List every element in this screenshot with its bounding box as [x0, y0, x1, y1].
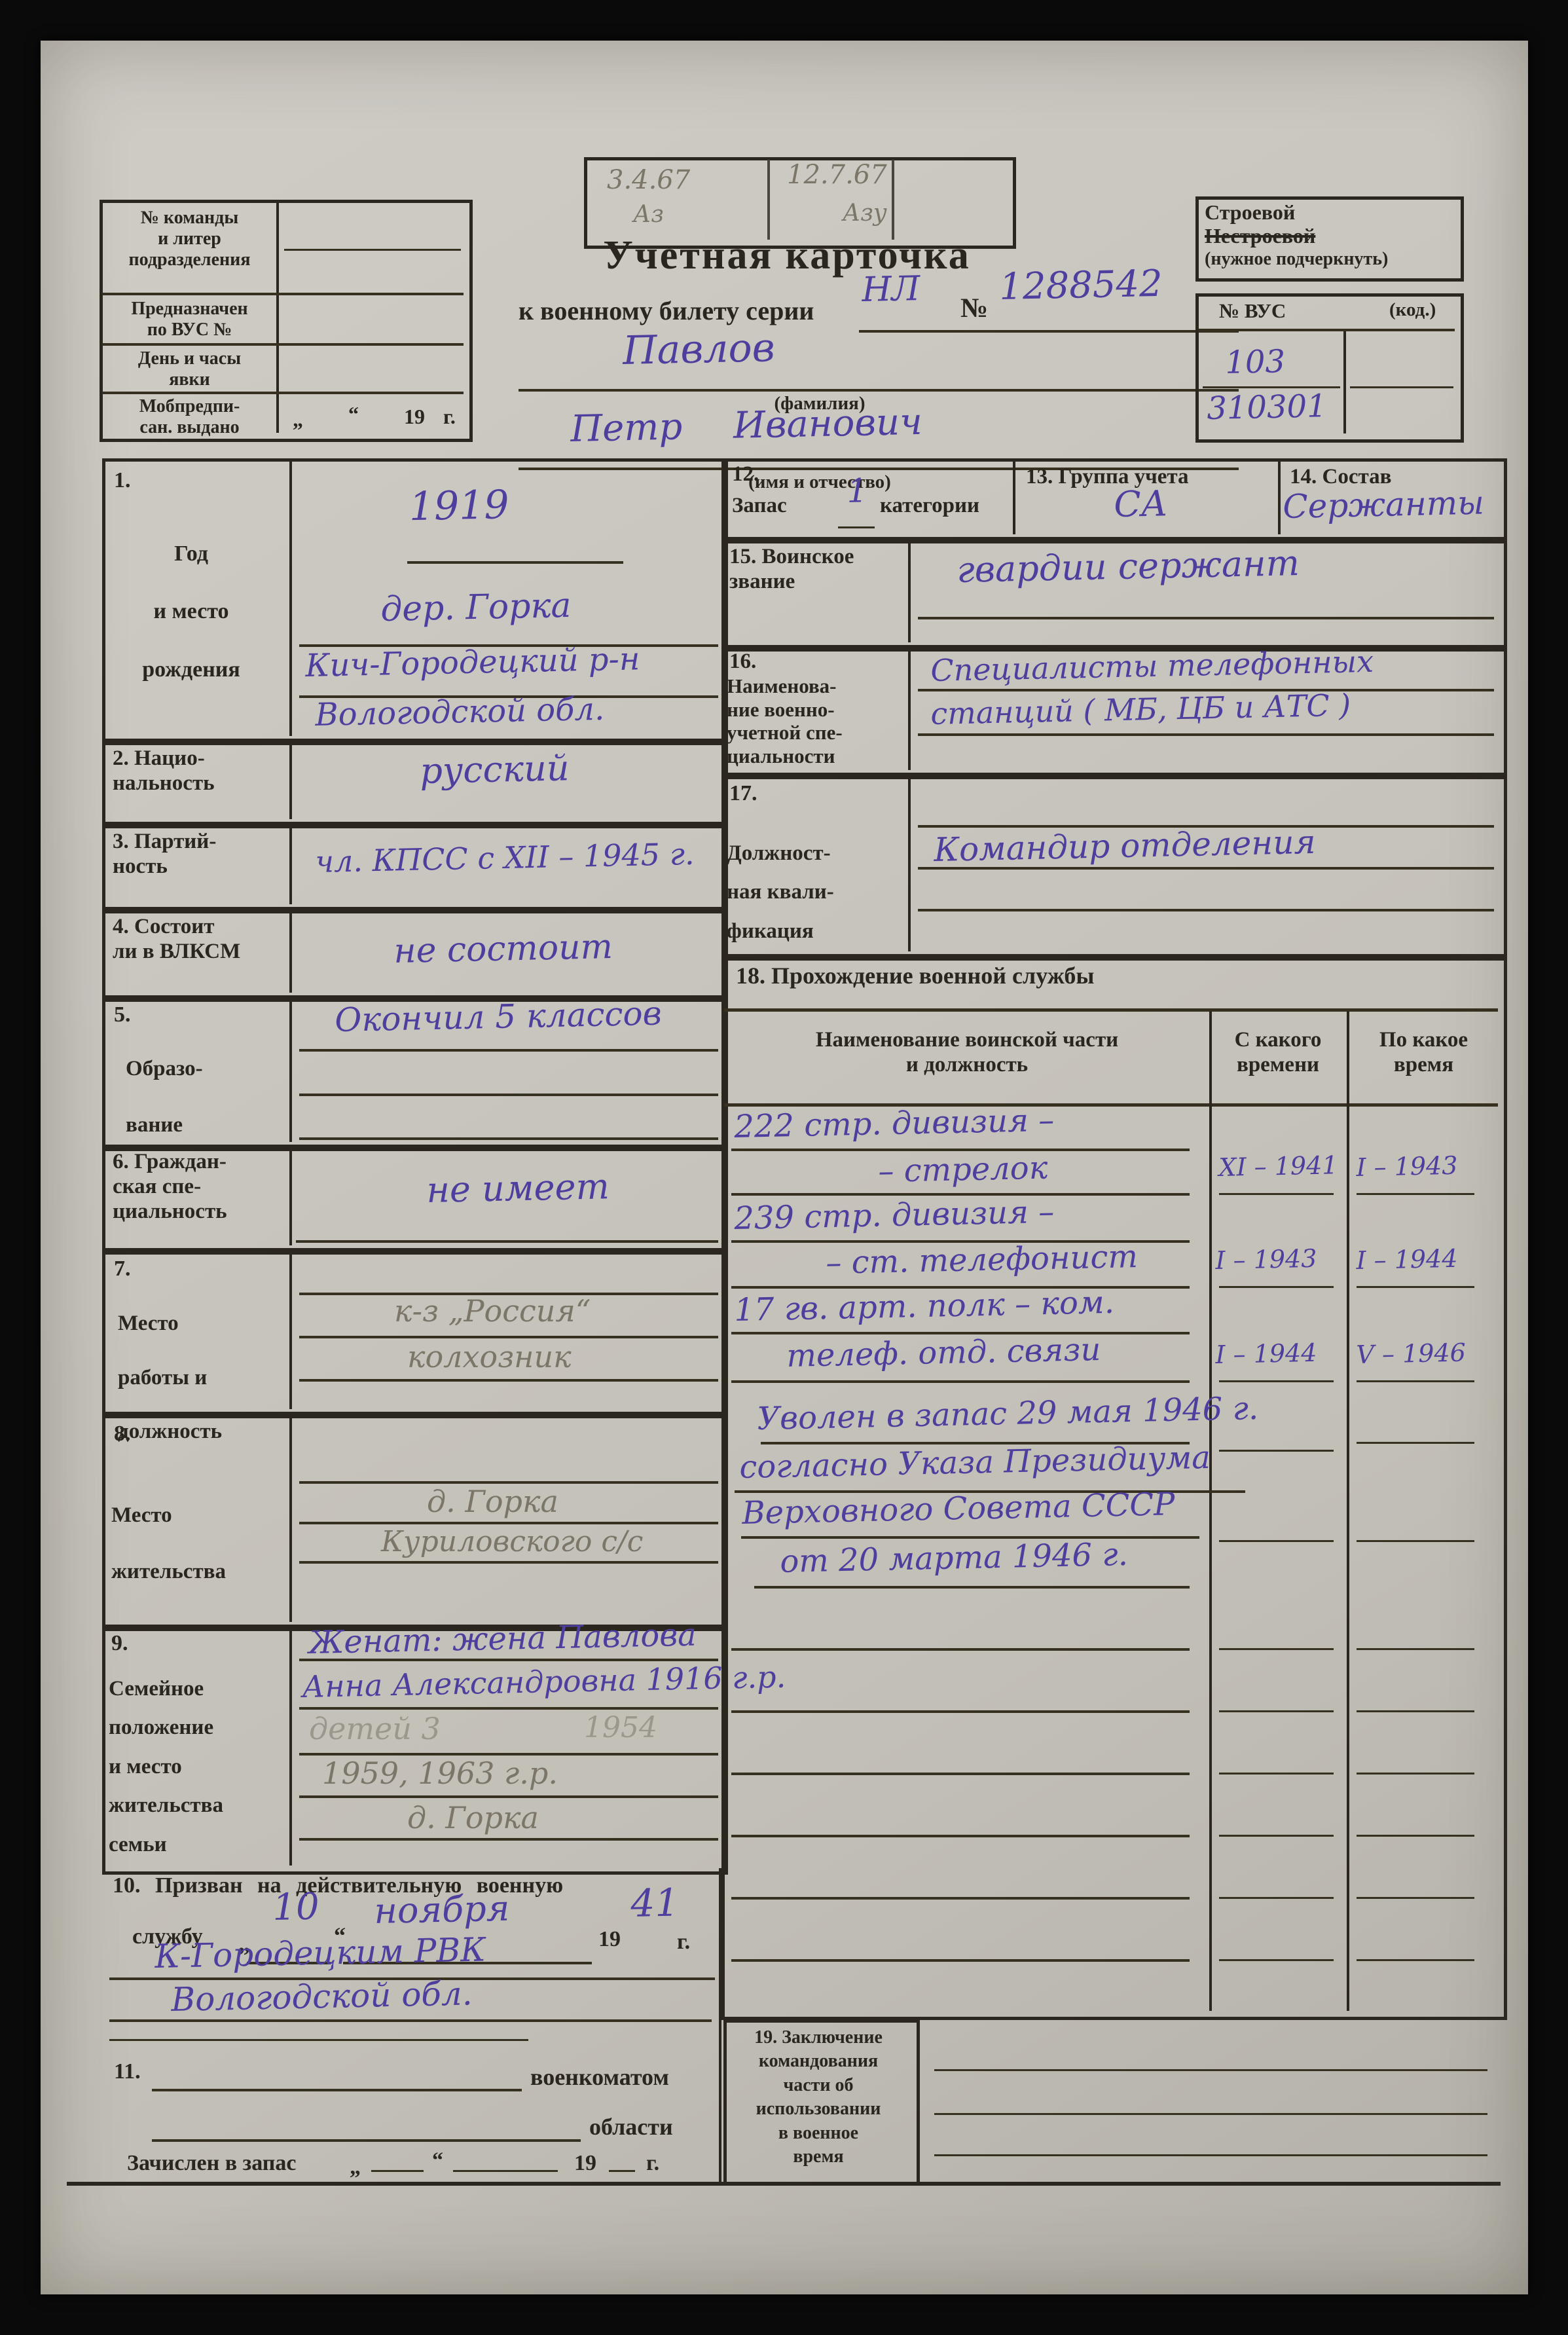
vus-code-header: (код.) [1389, 299, 1436, 321]
service-to: V – 1946 [1356, 1339, 1466, 1370]
komsomol-handwritten: не состоит [393, 928, 613, 972]
year-prefix: 19 [574, 2150, 596, 2176]
write-line [296, 1240, 718, 1243]
section-9-number: 9. [111, 1630, 128, 1656]
call-up-year-handwritten: 41 [630, 1881, 680, 1925]
label-team-number: № команды и литер подразделения [106, 208, 273, 271]
table-column-divider [1209, 1011, 1212, 2011]
write-line [731, 1648, 1190, 1651]
write-line [109, 2039, 528, 2041]
reserve-category-pre: Запас [732, 494, 787, 519]
write-line [1357, 1959, 1474, 1961]
column-header-to: По какое время [1350, 1028, 1497, 1078]
surname-handwritten: Павлов [623, 325, 776, 374]
military-commissariat-handwritten: К-Городецким РВК [155, 1931, 486, 1976]
section-11-word2: области [589, 2114, 673, 2141]
section-11-word1: военкоматом [530, 2064, 669, 2091]
write-line [1219, 1450, 1334, 1452]
pencil-box-divider [892, 160, 894, 240]
write-line [609, 2170, 635, 2172]
write-line [731, 1710, 1190, 1713]
write-line [731, 1773, 1190, 1775]
service-unit: 222 стр. дивизия – [734, 1103, 1055, 1145]
write-line [918, 733, 1494, 736]
vus-code-value-handwritten: 310301 [1207, 388, 1327, 427]
write-line [934, 2069, 1487, 2071]
section-8-number: 8. [114, 1421, 131, 1446]
quote-open: „ [350, 2154, 361, 2180]
label-vus-purpose: Предназначен по ВУС № [106, 299, 273, 340]
section-16-number: 16. [729, 650, 756, 674]
section-4-label: 4. Состоит ли в ВЛКСМ [113, 915, 289, 965]
row-divider [102, 343, 464, 346]
service-position: – ст. телефонист [826, 1239, 1139, 1281]
service-position: телеф. отд. связи [786, 1332, 1101, 1374]
section-divider [908, 540, 911, 642]
section-divider [1278, 461, 1281, 534]
pencil-box-divider [767, 160, 770, 240]
write-line [299, 1137, 718, 1140]
write-line [1357, 1380, 1474, 1382]
service-to: I – 1943 [1356, 1152, 1458, 1183]
status-stroevoi: Строевой [1205, 200, 1295, 225]
section-8-label: Место жительства [111, 1488, 275, 1600]
write-line [918, 867, 1494, 870]
section-divider [289, 910, 292, 993]
write-line [731, 1959, 1190, 1962]
birth-region-handwritten: Вологодской обл. [315, 691, 605, 733]
section-divider [289, 1251, 292, 1409]
year-suffix: г. [443, 405, 456, 429]
section-6-label: 6. Граждан- ская спе- циальность [113, 1150, 289, 1224]
residence-village-handwritten: д. Горка [427, 1484, 558, 1519]
write-line [299, 1379, 718, 1382]
reserve-category-post: категории [880, 494, 979, 519]
composition-handwritten: Сержанты [1283, 485, 1485, 526]
pencil-date-note: 12.7.67 [787, 160, 887, 190]
call-up-day-handwritten: 10 [272, 1886, 320, 1930]
write-line [1219, 1773, 1334, 1774]
write-line [299, 1049, 718, 1052]
section-1-number: 1. [114, 468, 131, 493]
section-7-number: 7. [114, 1256, 131, 1281]
year-suffix: г. [646, 2150, 659, 2176]
status-nestroevoi: Нестроевой [1205, 224, 1315, 248]
pencil-date-note: 3.4.67 [607, 165, 690, 195]
service-position: – стрелок [878, 1150, 1048, 1190]
workplace-handwritten: к-з „Россия“ [394, 1294, 591, 1329]
section-19-label: 19. Заключение командования части об исп… [727, 2026, 910, 2169]
write-line [1219, 1710, 1334, 1712]
write-line [1357, 1835, 1474, 1837]
pencil-initials-note: Азу [843, 200, 887, 227]
section-divider [289, 1147, 292, 1245]
write-line [299, 1795, 718, 1798]
write-line [1357, 1710, 1474, 1712]
write-line [731, 1897, 1190, 1900]
row-divider [102, 293, 464, 295]
write-line [1219, 1380, 1334, 1382]
education-handwritten: Окончил 5 классов [335, 995, 662, 1040]
section-17-label: Должност- ная квали- фикация [727, 834, 903, 951]
section-17-number: 17. [729, 781, 757, 806]
quote-open: „ [293, 407, 303, 432]
occupation-handwritten: колхозник [407, 1340, 572, 1374]
table-header-top [724, 1008, 1498, 1012]
row-divider [102, 392, 464, 394]
write-line [754, 1586, 1190, 1589]
mobilization-box-divider [276, 202, 279, 433]
commissariat-region-handwritten: Вологодской обл. [171, 1975, 473, 2019]
write-line [453, 2170, 558, 2172]
section-divider [289, 741, 292, 819]
write-line [1357, 1773, 1474, 1774]
table-column-divider [1347, 1011, 1349, 2011]
registration-card: 3.4.67 Аз 12.7.67 Азу Учетная карточка к… [41, 41, 1528, 2294]
write-line [1350, 386, 1453, 388]
section-2-label: 2. Нацио- нальность [113, 746, 283, 796]
write-line [1219, 1648, 1334, 1650]
write-line [299, 1707, 718, 1710]
service-from: I – 1944 [1215, 1339, 1317, 1370]
call-up-month-handwritten: ноября [374, 1888, 510, 1932]
series-handwritten: НЛ [862, 270, 921, 310]
quote-close: “ [432, 2148, 443, 2173]
section-3-label: 3. Партий- ность [113, 830, 283, 879]
section-divider [908, 775, 911, 951]
write-line [299, 1838, 718, 1841]
write-line [934, 2154, 1487, 2156]
children-years-handwritten: 1959, 1963 г.р. [322, 1756, 558, 1791]
write-line [918, 617, 1494, 619]
birth-year-handwritten: 1919 [354, 481, 564, 531]
section-16-label: Наименова- ние военно- учетной спе- циал… [727, 674, 903, 768]
children-year-handwritten: 1954 [584, 1712, 657, 1745]
record-group-handwritten: СА [1114, 483, 1169, 525]
write-line [407, 561, 623, 564]
residence-council-handwritten: Куриловского с/с [381, 1526, 643, 1559]
write-line [1219, 1835, 1334, 1837]
section-divider [289, 998, 292, 1142]
nationality-handwritten: русский [420, 748, 570, 792]
label-report-time: День и часы явки [106, 348, 273, 390]
write-line [152, 2139, 581, 2142]
label-mob-order: Мобпредпи- сан. выдано [106, 396, 273, 438]
status-note: (нужное подчеркнуть) [1205, 249, 1388, 270]
service-table-title: 18. Прохождение военной службы [736, 963, 1094, 989]
section-divider [289, 1414, 292, 1622]
row-divider [1198, 329, 1455, 331]
write-line [519, 389, 1239, 392]
card-subtitle: к военному билету серии [519, 296, 814, 326]
write-line [1357, 1897, 1474, 1899]
write-line [1219, 1897, 1334, 1899]
section-9-label: Семейное положение и место жительства се… [109, 1670, 272, 1864]
write-line [109, 2019, 712, 2022]
write-line [1357, 1540, 1474, 1542]
service-from: XI – 1941 [1218, 1151, 1338, 1182]
birth-district-handwritten: Кич-Городецкий р-н [305, 641, 640, 684]
year-prefix: 19 [404, 405, 425, 429]
write-line [1219, 1193, 1334, 1195]
discharge-note-line4: от 20 марта 1946 г. [780, 1537, 1129, 1580]
quote-close: “ [348, 402, 359, 426]
write-line [1357, 1648, 1474, 1650]
section-11-number: 11. [114, 2059, 141, 2084]
section-divider [289, 1627, 292, 1866]
children-count-handwritten: детей 3 [309, 1712, 441, 1746]
section-divider [908, 648, 911, 770]
year-suffix: г. [677, 1929, 690, 1955]
position-qualification-handwritten: Командир отделения [934, 824, 1316, 870]
section-12-number: 12. [732, 462, 759, 487]
write-line [838, 526, 875, 528]
birth-place-handwritten: дер. Горка [380, 587, 572, 630]
write-line [299, 1336, 718, 1338]
section-1-label: Год и место рождения [113, 525, 270, 699]
section-divider [1013, 461, 1015, 534]
write-line [152, 2089, 522, 2091]
card-title: Учетная карточка [558, 232, 1016, 279]
vus-box-divider [1343, 331, 1346, 433]
service-from: I – 1943 [1215, 1245, 1317, 1276]
vus-header: № ВУС [1219, 299, 1286, 323]
section-11-word3: Зачислен в запас [127, 2150, 296, 2176]
write-line [1219, 1286, 1334, 1288]
reserve-category-handwritten: 1 [847, 472, 868, 510]
service-to: I – 1944 [1356, 1245, 1458, 1276]
section-15-label: 15. Воинское звание [729, 545, 903, 595]
write-line [934, 2113, 1487, 2115]
write-line [1357, 1286, 1474, 1288]
column-header-unit: Наименование воинской части и должность [735, 1028, 1199, 1078]
given-name-handwritten: Петр Иванович [570, 401, 923, 451]
pencil-initials-note: Аз [633, 201, 664, 228]
section-divider [289, 461, 292, 736]
column-header-from: С какого времени [1212, 1028, 1343, 1078]
civil-specialty-handwritten: не имеет [426, 1166, 610, 1211]
service-unit: 239 стр. дивизия – [734, 1194, 1055, 1237]
write-line [371, 2170, 424, 2172]
card-number-handwritten: 1288542 [999, 263, 1163, 309]
write-line [1357, 1193, 1474, 1195]
write-line [731, 1380, 1190, 1383]
write-line [741, 1536, 1199, 1539]
vus-value-handwritten: 103 [1225, 344, 1286, 381]
section-5-number: 5. [114, 1002, 131, 1027]
write-line [1357, 1442, 1474, 1444]
section-5-label: Образо- вание [126, 1041, 283, 1154]
write-line [284, 249, 461, 251]
write-line [1219, 1540, 1334, 1542]
write-line [859, 330, 1239, 333]
number-sign: № [960, 293, 988, 324]
write-line [299, 1561, 718, 1564]
rank-handwritten: гвардии сержант [957, 543, 1300, 591]
section-divider [289, 824, 292, 904]
write-line [731, 1835, 1190, 1837]
write-line [918, 909, 1494, 911]
write-line [299, 1094, 718, 1096]
write-line [299, 1522, 718, 1524]
scan-background: 3.4.67 Аз 12.7.67 Азу Учетная карточка к… [0, 0, 1568, 2335]
year-prefix: 19 [598, 1926, 621, 1952]
write-line [1219, 1959, 1334, 1961]
family-residence-handwritten: д. Горка [407, 1801, 539, 1835]
